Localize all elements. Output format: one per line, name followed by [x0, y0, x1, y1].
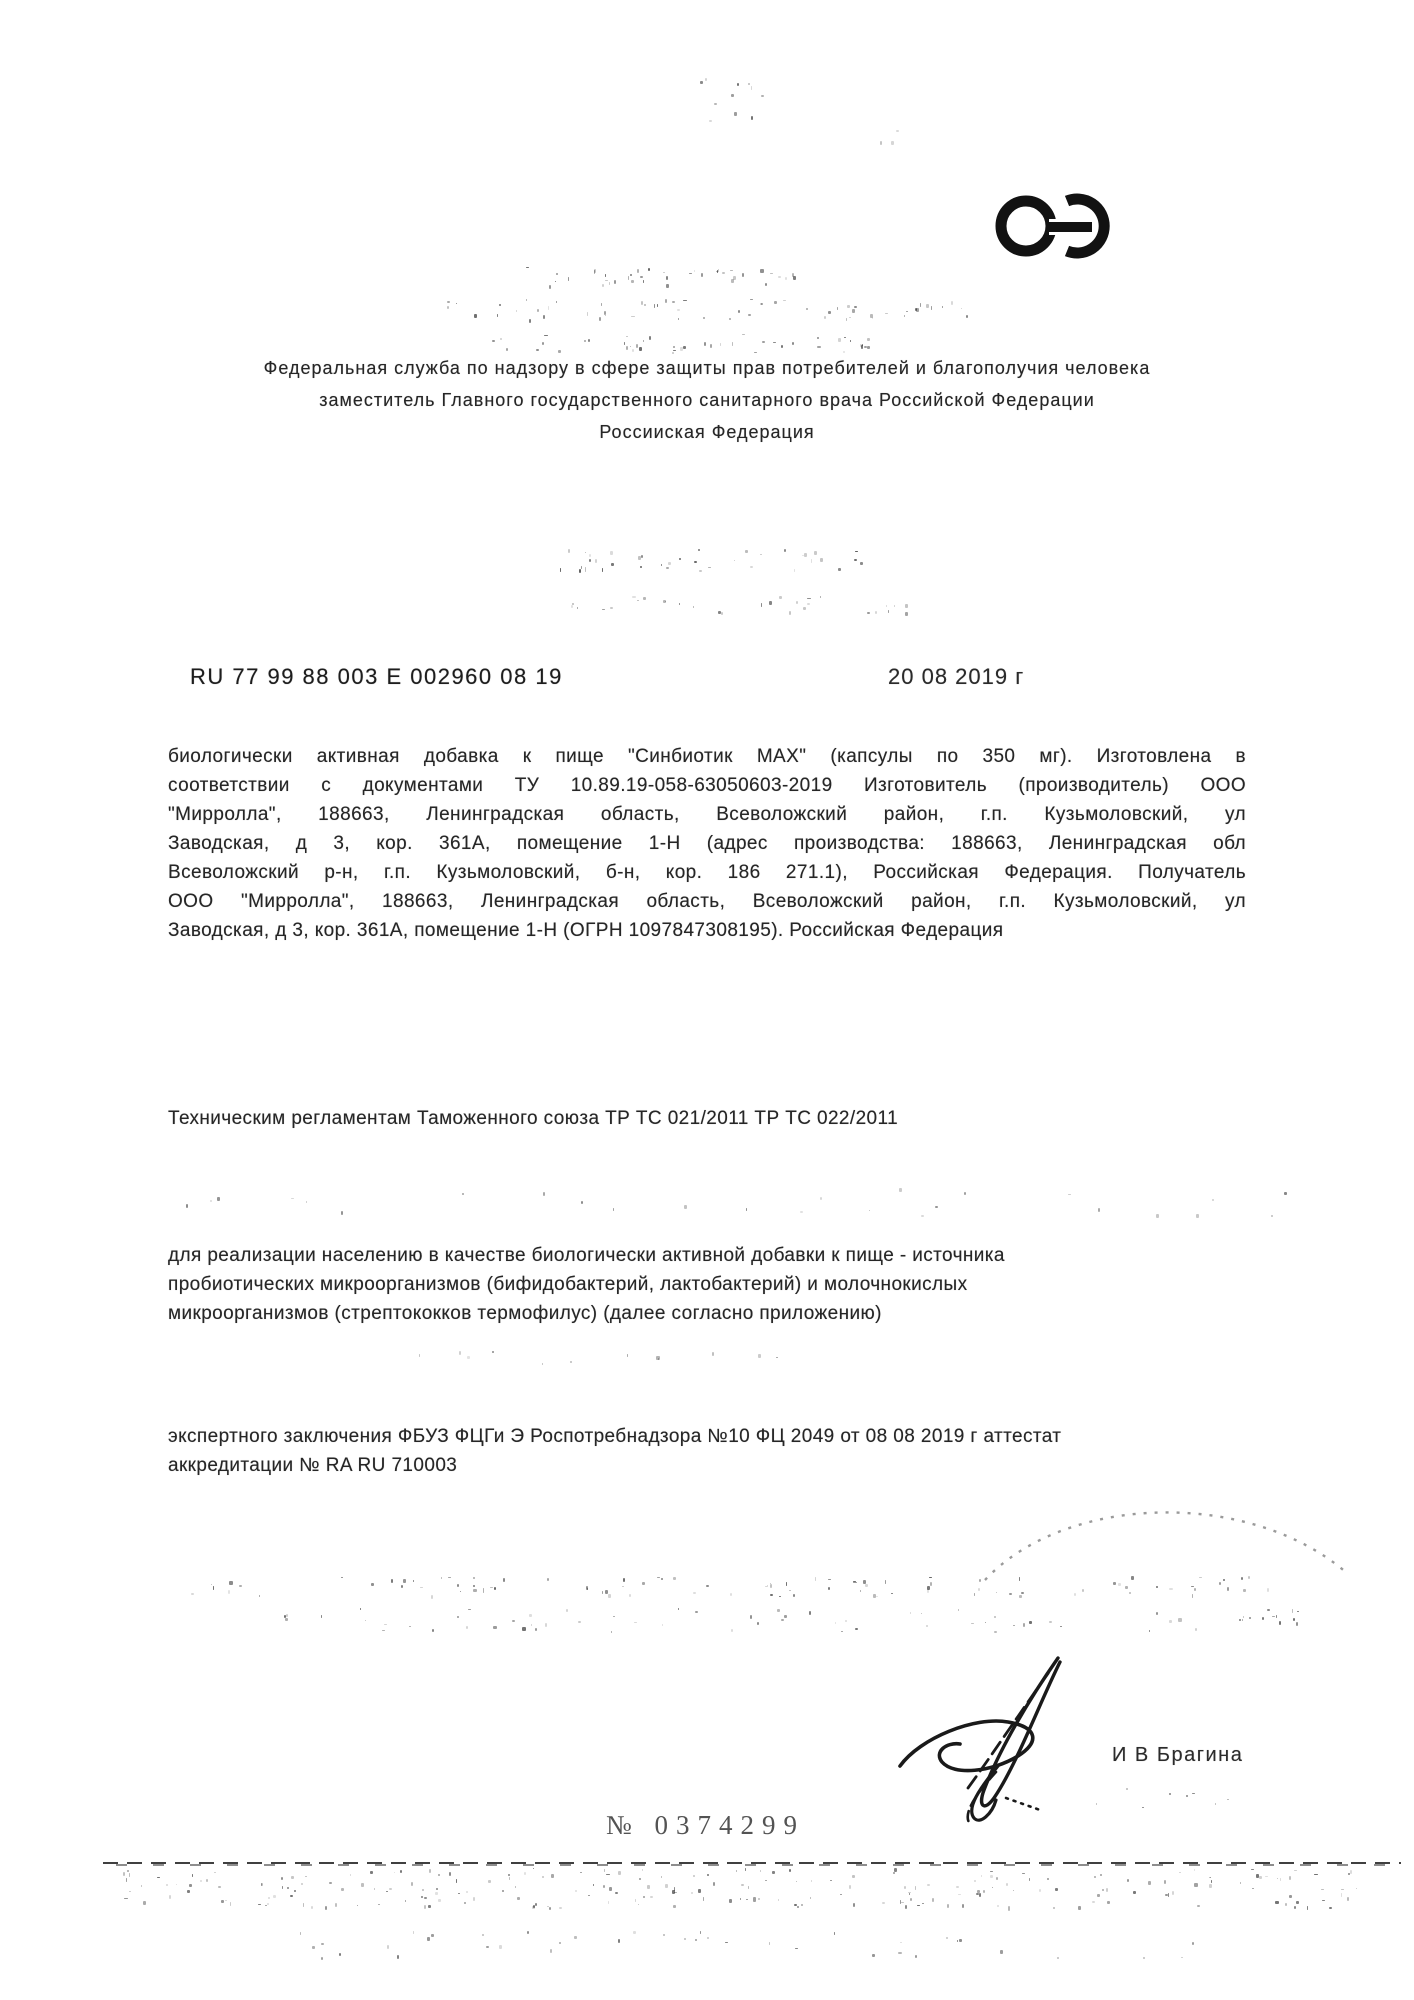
- expertise-paragraph: экспертного заключения ФБУЗ ФЦГи Э Роспо…: [168, 1422, 1268, 1480]
- usage-line: пробиотических микроорганизмов (бифидоба…: [168, 1270, 1198, 1299]
- agency-header-line2: заместитель Главного государственного са…: [95, 384, 1319, 416]
- faint-header-row: [445, 299, 990, 325]
- registration-date: 20 08 2019 г: [888, 664, 1024, 690]
- faint-stamp-text-row: [280, 1608, 1345, 1636]
- certificate-scan-page: Федеральная служба по надзору в сфере за…: [0, 0, 1414, 2000]
- agency-header: Федеральная служба по надзору в сфере за…: [95, 352, 1319, 448]
- agency-header-line3: Россииская Федерация: [95, 416, 1319, 448]
- signer-name: И В Брагина: [1112, 1744, 1243, 1767]
- agency-header-line1: Федеральная служба по надзору в сфере за…: [95, 352, 1319, 384]
- expertise-line: аккредитации № RA RU 710003: [168, 1451, 1268, 1480]
- scan-noise-row: [330, 1350, 800, 1368]
- body-line: соответствии с документами ТУ 10.89.19-0…: [168, 771, 1246, 800]
- signature-icon: [880, 1638, 1130, 1838]
- faint-title-row: [563, 595, 918, 617]
- usage-paragraph: для реализации населению в качестве биол…: [168, 1241, 1198, 1328]
- se-conformity-mark-icon: [990, 182, 1122, 266]
- technical-regulations-line: Техническим регламентам Таможенного союз…: [168, 1104, 1258, 1133]
- registration-number: RU 77 99 88 003 Е 002960 08 19: [190, 664, 563, 690]
- faint-header-row: [525, 266, 805, 290]
- body-line: биологически активная добавка к пище "Си…: [168, 742, 1246, 771]
- certificate-blank-number: № 0374299: [606, 1810, 805, 1841]
- body-line: ООО "Мирролла", 188663, Ленинградская об…: [168, 887, 1246, 916]
- scan-noise-row: [185, 1188, 1320, 1224]
- scan-noise-under-signature: [1095, 1788, 1260, 1830]
- scan-noise-top-dot: [878, 130, 900, 145]
- body-line: Заводская, д 3, кор. 361А, помещение 1-Н…: [168, 829, 1246, 858]
- scan-noise-top: [690, 76, 765, 134]
- body-line: Всеволожский р-н, г.п. Кузьмоловский, б-…: [168, 858, 1246, 887]
- expertise-line: экспертного заключения ФБУЗ ФЦГи Э Роспо…: [168, 1422, 1268, 1451]
- faint-stamp-text-row: [185, 1576, 1345, 1600]
- product-description-paragraph: биологически активная добавка к пище "Си…: [168, 742, 1246, 945]
- bottom-noise-row: [290, 1930, 1255, 1964]
- usage-line: микроорганизмов (стрептококков термофилу…: [168, 1299, 1198, 1328]
- body-line: Заводская, д 3, кор. 361А, помещение 1-Н…: [168, 916, 1246, 945]
- body-line: "Мирролла", 188663, Ленинградская област…: [168, 800, 1246, 829]
- usage-line: для реализации населению в качестве биол…: [168, 1241, 1198, 1270]
- bottom-border-dashed-line: [103, 1862, 1401, 1866]
- bottom-border-pattern: [110, 1868, 1400, 1916]
- faint-title-row: [550, 548, 870, 576]
